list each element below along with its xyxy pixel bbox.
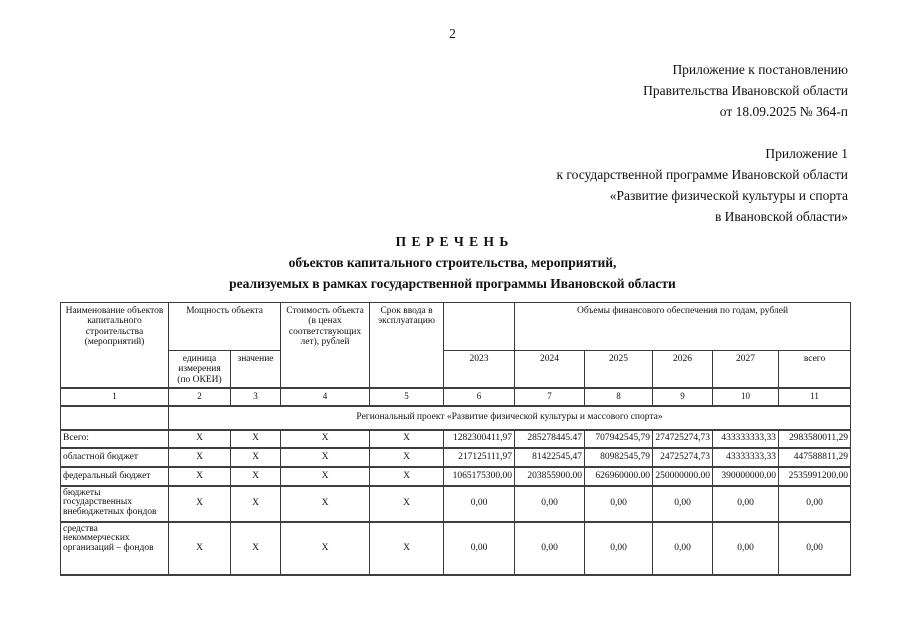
title-line-1: П Е Р Е Ч Е Н Ь xyxy=(0,231,905,252)
col-number-cell: 4 xyxy=(281,388,370,406)
x-mark-cell: X xyxy=(370,430,444,448)
col-number-cell: 2 xyxy=(169,388,231,406)
table-header-row-1: Наименование объектов капитального строи… xyxy=(61,303,851,351)
value-cell: 0,00 xyxy=(713,522,779,575)
value-cell: 0,00 xyxy=(515,522,585,575)
row-label: областной бюджет xyxy=(61,448,169,467)
x-mark-cell: X xyxy=(281,467,370,486)
value-cell: 1282300411,97 xyxy=(444,430,515,448)
column-numbers-row: 1 2 3 4 5 6 7 8 9 10 11 xyxy=(61,388,851,406)
col-number-cell: 10 xyxy=(713,388,779,406)
header-cell-year-2024: 2024 xyxy=(515,351,585,388)
value-cell: 203855900.00 xyxy=(515,467,585,486)
row-label: средства некоммерческих организаций – фо… xyxy=(61,522,169,575)
x-mark-cell: X xyxy=(169,448,231,467)
x-mark-cell: X xyxy=(370,522,444,575)
value-cell: 626960000.00 xyxy=(585,467,653,486)
header-cell-finance: Объемы финансового обеспечения по годам,… xyxy=(515,303,851,351)
title-line-2: объектов капитального строительства, мер… xyxy=(0,252,905,273)
value-cell: 0,00 xyxy=(444,486,515,522)
header-cell-commissioning: Срок ввода в эксплуатацию xyxy=(370,303,444,388)
value-cell: 0,00 xyxy=(515,486,585,522)
value-cell: 217125111,97 xyxy=(444,448,515,467)
x-mark-cell: X xyxy=(370,486,444,522)
table-row-federal-budget: федеральный бюджет X X X X 1065175300.00… xyxy=(61,467,851,486)
value-cell: 0,00 xyxy=(653,486,713,522)
x-mark-cell: X xyxy=(231,486,281,522)
table-row-total: Всего: X X X X 1282300411,97 285278445.4… xyxy=(61,430,851,448)
value-cell: 250000000.00 xyxy=(653,467,713,486)
value-cell: 447588811,29 xyxy=(779,448,851,467)
x-mark-cell: X xyxy=(231,448,281,467)
x-mark-cell: X xyxy=(281,430,370,448)
col-number-cell: 6 xyxy=(444,388,515,406)
section-empty-cell xyxy=(61,406,169,430)
x-mark-cell: X xyxy=(169,486,231,522)
col-number-cell: 3 xyxy=(231,388,281,406)
col-number-cell: 5 xyxy=(370,388,444,406)
x-mark-cell: X xyxy=(281,522,370,575)
header-cell-year-2027: 2027 xyxy=(713,351,779,388)
row-label: федеральный бюджет xyxy=(61,467,169,486)
x-mark-cell: X xyxy=(169,522,231,575)
annex-program-line-1: Приложение 1 xyxy=(556,143,848,164)
value-cell: 390000000.00 xyxy=(713,467,779,486)
row-label: Всего: xyxy=(61,430,169,448)
col-number-cell: 7 xyxy=(515,388,585,406)
x-mark-cell: X xyxy=(169,467,231,486)
value-cell: 707942545,79 xyxy=(585,430,653,448)
x-mark-cell: X xyxy=(231,467,281,486)
x-mark-cell: X xyxy=(231,430,281,448)
col-number-cell: 9 xyxy=(653,388,713,406)
header-cell-cost: Стоимость объекта (в ценах соответствующ… xyxy=(281,303,370,388)
document-page: 2 Приложение к постановлению Правительст… xyxy=(0,0,905,640)
finance-table: Наименование объектов капитального строи… xyxy=(60,302,851,576)
table-row-noncommercial-funds: средства некоммерческих организаций – фо… xyxy=(61,522,851,575)
page-number: 2 xyxy=(0,26,905,42)
value-cell: 274725274,73 xyxy=(653,430,713,448)
value-cell: 24725274,73 xyxy=(653,448,713,467)
value-cell: 81422545,47 xyxy=(515,448,585,467)
value-cell: 80982545,79 xyxy=(585,448,653,467)
value-cell: 0,00 xyxy=(713,486,779,522)
value-cell: 1065175300.00 xyxy=(444,467,515,486)
value-cell: 0,00 xyxy=(779,486,851,522)
annex-program-block: Приложение 1 к государственной программе… xyxy=(556,143,848,227)
x-mark-cell: X xyxy=(231,522,281,575)
table-header-row-2: единица измерения (по ОКЕИ) значение 202… xyxy=(61,351,851,388)
value-cell: 0,00 xyxy=(444,522,515,575)
table-row-regional-budget: областной бюджет X X X X 217125111,97 81… xyxy=(61,448,851,467)
x-mark-cell: X xyxy=(370,467,444,486)
x-mark-cell: X xyxy=(169,430,231,448)
section-title-cell: Региональный проект «Развитие физической… xyxy=(169,406,851,430)
value-cell: 0,00 xyxy=(585,486,653,522)
header-cell-capacity: Мощность объекта xyxy=(169,303,281,351)
value-cell: 2535991200.00 xyxy=(779,467,851,486)
annex-resolution-line-3: от 18.09.2025 № 364-п xyxy=(643,101,848,122)
col-number-cell: 1 xyxy=(61,388,169,406)
section-row: Региональный проект «Развитие физической… xyxy=(61,406,851,430)
header-cell-year-2026: 2026 xyxy=(653,351,713,388)
annex-program-line-2: к государственной программе Ивановской о… xyxy=(556,164,848,185)
header-cell-name: Наименование объектов капитального строи… xyxy=(61,303,169,388)
x-mark-cell: X xyxy=(281,486,370,522)
value-cell: 285278445.47 xyxy=(515,430,585,448)
annex-resolution-block: Приложение к постановлению Правительства… xyxy=(643,59,848,122)
value-cell: 433333333,33 xyxy=(713,430,779,448)
annex-program-line-3: «Развитие физической культуры и спорта xyxy=(556,185,848,206)
annex-resolution-line-1: Приложение к постановлению xyxy=(643,59,848,80)
value-cell: 0,00 xyxy=(585,522,653,575)
row-label: бюджеты государственных внебюджетных фон… xyxy=(61,486,169,522)
header-cell-unit: единица измерения (по ОКЕИ) xyxy=(169,351,231,388)
col-number-cell: 11 xyxy=(779,388,851,406)
value-cell: 0,00 xyxy=(779,522,851,575)
annex-program-line-4: в Ивановской области» xyxy=(556,206,848,227)
table-row-extrabudgetary-funds: бюджеты государственных внебюджетных фон… xyxy=(61,486,851,522)
value-cell: 0,00 xyxy=(653,522,713,575)
value-cell: 43333333,33 xyxy=(713,448,779,467)
annex-resolution-line-2: Правительства Ивановской области xyxy=(643,80,848,101)
header-cell-empty xyxy=(444,303,515,351)
header-cell-year-2023: 2023 xyxy=(444,351,515,388)
x-mark-cell: X xyxy=(281,448,370,467)
value-cell: 2983580011,29 xyxy=(779,430,851,448)
title-line-3: реализуемых в рамках государственной про… xyxy=(0,273,905,294)
header-cell-value: значение xyxy=(231,351,281,388)
header-cell-year-total: всего xyxy=(779,351,851,388)
col-number-cell: 8 xyxy=(585,388,653,406)
header-cell-year-2025: 2025 xyxy=(585,351,653,388)
x-mark-cell: X xyxy=(370,448,444,467)
document-title: П Е Р Е Ч Е Н Ь объектов капитального ст… xyxy=(0,231,905,294)
